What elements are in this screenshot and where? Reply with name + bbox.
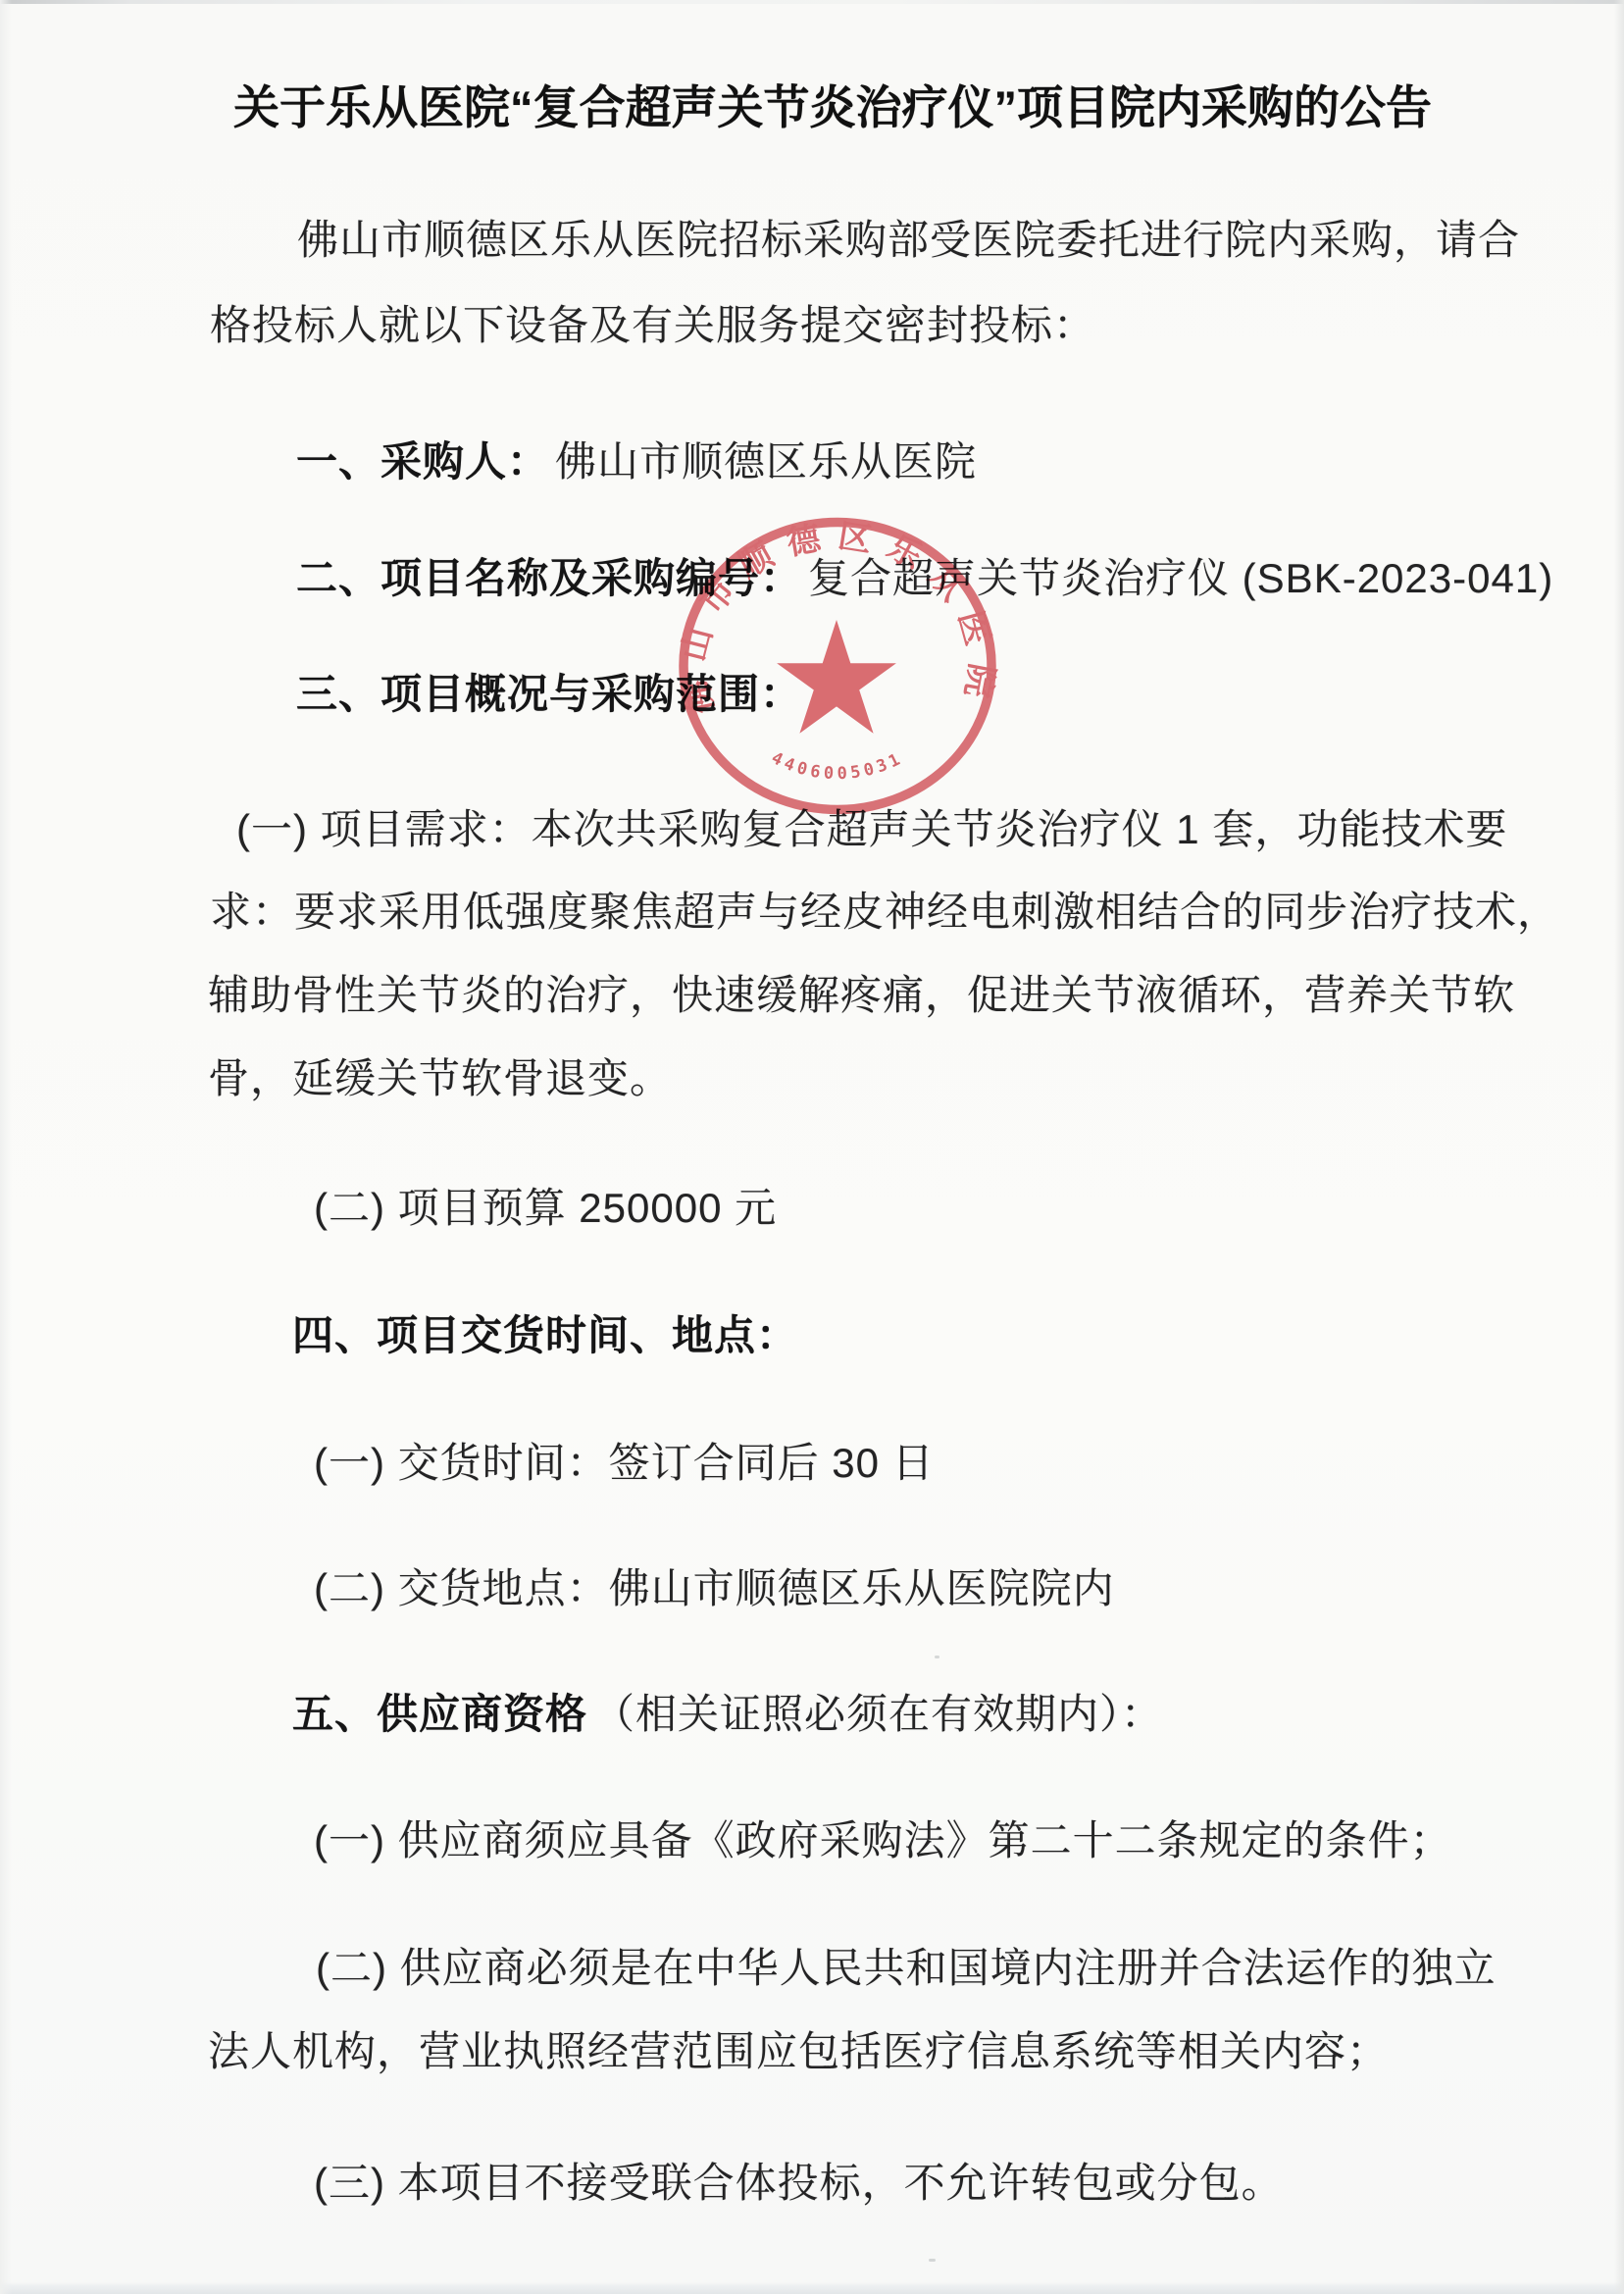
delivery-place-line: (二) 交货地点：佛山市顺德区乐从医院院内	[314, 1566, 1115, 1611]
budget-line: (二) 项目预算 250000 元	[314, 1186, 777, 1231]
section-4-heading: 四、项目交货时间、地点：	[292, 1313, 798, 1358]
section-2-label: 二、项目名称及采购编号：	[296, 555, 802, 601]
qualification-line-2: (二) 供应商必须是在中华人民共和国境内注册并合法运作的独立	[316, 1946, 1497, 1991]
scan-speck	[935, 1656, 939, 1658]
delivery-time-line: (一) 交货时间：签订合同后 30 日	[314, 1441, 935, 1486]
qualification-line-1: (一) 供应商须应具备《政府采购法》第二十二条规定的条件；	[314, 1818, 1452, 1863]
section-5-label: 五、供应商资格	[292, 1691, 587, 1737]
requirement-line-2: 求：要求采用低强度聚焦超声与经皮神经电刺激相结合的同步治疗技术，	[210, 890, 1559, 935]
section-2-project-name: 二、项目名称及采购编号：复合超声关节炎治疗仪 (SBK-2023-041)	[296, 556, 1553, 601]
scan-edge-bottom	[0, 2282, 1624, 2294]
section-5-note: （相关证照必须在有效期内）：	[593, 1691, 1163, 1737]
requirement-line-3: 辅助骨性关节炎的治疗，快速缓解疼痛，促进关节液循环，营养关节软	[208, 973, 1515, 1018]
intro-line-2: 格投标人就以下设备及有关服务提交密封投标：	[210, 303, 1095, 348]
seal-code-text: 4406005031	[768, 748, 906, 784]
scan-edge-top	[0, 0, 1624, 4]
scan-speck	[929, 2259, 936, 2262]
intro-line-1: 佛山市顺德区乐从医院招标采购部受医院委托进行院内采购，请合	[297, 218, 1520, 263]
document-title: 关于乐从医院“复合超声关节炎治疗仪”项目院内采购的公告	[233, 82, 1432, 133]
qualification-line-4: (三) 本项目不接受联合体投标，不允许转包或分包。	[314, 2161, 1284, 2206]
section-1-purchaser: 一、采购人：佛山市顺德区乐从医院	[296, 439, 977, 484]
official-seal: 佛山市顺德区乐从医院 4406005031	[665, 504, 1018, 828]
section-5-heading: 五、供应商资格（相关证照必须在有效期内）：	[292, 1692, 1163, 1737]
section-3-heading: 三、项目概况与采购范围：	[296, 672, 802, 717]
scan-edge-right	[1614, 0, 1624, 2294]
qualification-line-3: 法人机构，营业执照经营范围应包括医疗信息系统等相关内容；	[208, 2029, 1389, 2074]
section-1-value: 佛山市顺德区乐从医院	[555, 438, 977, 484]
scan-edge-left	[0, 0, 12, 2294]
requirement-line-4: 骨，延缓关节软骨退变。	[208, 1056, 672, 1101]
scanned-document-page: 关于乐从医院“复合超声关节炎治疗仪”项目院内采购的公告 佛山市顺德区乐从医院招标…	[0, 0, 1624, 2294]
requirement-line-1: (一) 项目需求：本次共采购复合超声关节炎治疗仪 1 套，功能技术要	[236, 807, 1507, 852]
section-1-label: 一、采购人：	[296, 438, 549, 484]
section-2-value: 复合超声关节炎治疗仪 (SBK-2023-041)	[808, 555, 1553, 601]
